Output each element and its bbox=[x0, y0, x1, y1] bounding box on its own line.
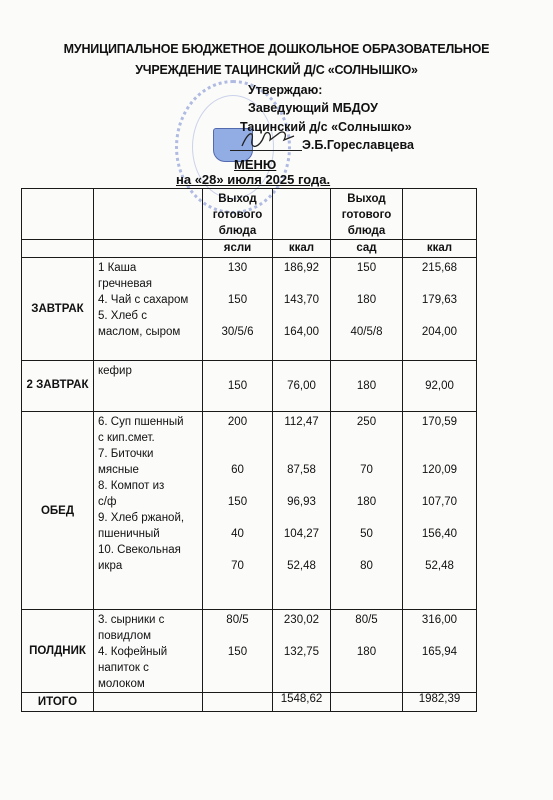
dish-value: 200 bbox=[203, 414, 272, 430]
org-name-line1: МУНИЦИПАЛЬНОЕ БЮДЖЕТНОЕ ДОШКОЛЬНОЕ ОБРАЗ… bbox=[0, 42, 553, 56]
empty-cell bbox=[94, 693, 203, 712]
dish-value: 180 bbox=[331, 292, 402, 308]
dish-name-line: 4. Кофейный bbox=[98, 644, 202, 660]
dish-list: кефир bbox=[94, 361, 203, 412]
header-row: Выход готового блюда Выход готового блюд… bbox=[22, 189, 477, 240]
meal-row: ПОЛДНИК3. сырники сповидлом4. Кофейныйна… bbox=[22, 610, 477, 693]
garden-values: 80/5180 bbox=[331, 610, 403, 693]
dish-value: 50 bbox=[331, 526, 402, 542]
org-name-line2: УЧРЕЖДЕНИЕ ТАЦИНСКИЙ Д/С «СОЛНЫШКО» bbox=[0, 63, 553, 77]
dish-value: 215,68 bbox=[403, 260, 476, 276]
empty-subheader-cell bbox=[94, 240, 203, 258]
empty-header-cell bbox=[273, 189, 331, 240]
dish-value: 60 bbox=[203, 462, 272, 478]
dish-name-line: 1 Каша bbox=[98, 260, 202, 276]
dish-value: 165,94 bbox=[403, 644, 476, 660]
menu-table: Выход готового блюда Выход готового блюд… bbox=[21, 188, 477, 712]
dish-name-line: 8. Компот из bbox=[98, 478, 202, 494]
meal-row: ЗАВТРАК1 Кашагречневая4. Чай с сахаром5.… bbox=[22, 258, 477, 361]
meal-name: ОБЕД bbox=[22, 412, 94, 610]
nursery-values: 80/5150 bbox=[203, 610, 273, 693]
nursery-values: 13015030/5/6 bbox=[203, 258, 273, 361]
kcal-garden-values: 170,59120,09107,70156,4052,48 bbox=[403, 412, 477, 610]
dish-value: 150 bbox=[203, 292, 272, 308]
total-kcal-garden: 1982,39 bbox=[403, 693, 477, 712]
total-row: ИТОГО 1548,62 1982,39 bbox=[22, 693, 477, 712]
empty-subheader-cell bbox=[22, 240, 94, 258]
dish-name-line: 6. Суп пшенный bbox=[98, 414, 202, 430]
garden-values: 250701805080 bbox=[331, 412, 403, 610]
dish-value: 70 bbox=[331, 462, 402, 478]
meal-row: 2 ЗАВТРАКкефир15076,0018092,00 bbox=[22, 361, 477, 412]
signature-line bbox=[230, 150, 302, 151]
dish-name-line: пшеничный bbox=[98, 526, 202, 542]
dish-value: 40/5/8 bbox=[331, 324, 402, 340]
empty-header-cell bbox=[403, 189, 477, 240]
dish-name-line: гречневая bbox=[98, 276, 202, 292]
total-label: ИТОГО bbox=[22, 693, 94, 712]
dish-value: 179,63 bbox=[403, 292, 476, 308]
kcal-nursery-values: 112,4787,5896,93104,2752,48 bbox=[273, 412, 331, 610]
dish-value: 156,40 bbox=[403, 526, 476, 542]
dish-name-line: 4. Чай с сахаром bbox=[98, 292, 202, 308]
menu-date: на «28» июля 2025 года. bbox=[176, 172, 330, 187]
dish-name-line: маслом, сыром bbox=[98, 324, 202, 340]
nursery-values: 200601504070 bbox=[203, 412, 273, 610]
dish-value: 230,02 bbox=[273, 612, 330, 628]
dish-name-line: повидлом bbox=[98, 628, 202, 644]
garden-values: 180 bbox=[331, 361, 403, 412]
empty-cell bbox=[203, 693, 273, 712]
dish-value: 204,00 bbox=[403, 324, 476, 340]
dish-value: 112,47 bbox=[273, 414, 330, 430]
dish-value: 150 bbox=[203, 644, 272, 660]
dish-value: 180 bbox=[331, 644, 402, 660]
kcal-garden-header: ккал bbox=[403, 240, 477, 258]
dish-name-line: кефир bbox=[98, 363, 202, 379]
dish-name-line: 9. Хлеб ржаной, bbox=[98, 510, 202, 526]
output-nursery-header: Выход готового блюда bbox=[203, 189, 273, 240]
signature-icon bbox=[238, 128, 298, 150]
dish-value: 52,48 bbox=[403, 558, 476, 574]
subheader-row: ясли ккал сад ккал bbox=[22, 240, 477, 258]
dish-value: 150 bbox=[203, 494, 272, 510]
dish-value: 150 bbox=[203, 378, 272, 394]
meal-name: 2 ЗАВТРАК bbox=[22, 361, 94, 412]
meal-name: ЗАВТРАК bbox=[22, 258, 94, 361]
meal-row: ОБЕД6. Суп пшенныйс кип.смет.7. Биточким… bbox=[22, 412, 477, 610]
dish-value: 180 bbox=[331, 494, 402, 510]
dish-value: 40 bbox=[203, 526, 272, 542]
meal-name: ПОЛДНИК bbox=[22, 610, 94, 693]
kcal-garden-values: 215,68179,63204,00 bbox=[403, 258, 477, 361]
dish-value: 143,70 bbox=[273, 292, 330, 308]
nursery-header: ясли bbox=[203, 240, 273, 258]
dish-list: 1 Кашагречневая4. Чай с сахаром5. Хлеб с… bbox=[94, 258, 203, 361]
garden-values: 15018040/5/8 bbox=[331, 258, 403, 361]
dish-name-line: 10. Свекольная bbox=[98, 542, 202, 558]
dish-value: 150 bbox=[331, 260, 402, 276]
dish-value: 250 bbox=[331, 414, 402, 430]
dish-value: 164,00 bbox=[273, 324, 330, 340]
kcal-garden-values: 316,00165,94 bbox=[403, 610, 477, 693]
dish-value: 170,59 bbox=[403, 414, 476, 430]
total-kcal-nursery: 1548,62 bbox=[273, 693, 331, 712]
dish-name-line: молоком bbox=[98, 676, 202, 692]
dish-value: 87,58 bbox=[273, 462, 330, 478]
dish-value: 92,00 bbox=[403, 378, 476, 394]
dish-value: 180 bbox=[331, 378, 402, 394]
dish-name-line: напиток с bbox=[98, 660, 202, 676]
dish-value: 30/5/6 bbox=[203, 324, 272, 340]
kcal-nursery-values: 76,00 bbox=[273, 361, 331, 412]
dish-value: 130 bbox=[203, 260, 272, 276]
dish-value: 52,48 bbox=[273, 558, 330, 574]
dish-value: 80/5 bbox=[203, 612, 272, 628]
output-garden-header: Выход готового блюда bbox=[331, 189, 403, 240]
dish-value: 76,00 bbox=[273, 378, 330, 394]
empty-header-cell bbox=[22, 189, 94, 240]
approval-label: Утверждаю: bbox=[248, 83, 322, 97]
dish-name-line: с кип.смет. bbox=[98, 430, 202, 446]
dish-name-line: икра bbox=[98, 558, 202, 574]
garden-header: сад bbox=[331, 240, 403, 258]
dish-value: 96,93 bbox=[273, 494, 330, 510]
dish-value: 107,70 bbox=[403, 494, 476, 510]
dish-name-line: мясные bbox=[98, 462, 202, 478]
empty-header-cell bbox=[94, 189, 203, 240]
dish-value: 80/5 bbox=[331, 612, 402, 628]
dish-value: 80 bbox=[331, 558, 402, 574]
nursery-values: 150 bbox=[203, 361, 273, 412]
dish-value: 120,09 bbox=[403, 462, 476, 478]
kcal-nursery-header: ккал bbox=[273, 240, 331, 258]
dish-list: 6. Суп пшенныйс кип.смет.7. Биточкимясны… bbox=[94, 412, 203, 610]
dish-name-line: с/ф bbox=[98, 494, 202, 510]
page-title: МЕНЮ bbox=[234, 157, 276, 172]
approver-name: Э.Б.Гореславцева bbox=[302, 138, 414, 152]
dish-value: 70 bbox=[203, 558, 272, 574]
approver-position: Заведующий МБДОУ bbox=[248, 101, 378, 115]
dish-list: 3. сырники сповидлом4. Кофейныйнапиток с… bbox=[94, 610, 203, 693]
dish-value: 104,27 bbox=[273, 526, 330, 542]
kcal-nursery-values: 186,92143,70164,00 bbox=[273, 258, 331, 361]
dish-value: 186,92 bbox=[273, 260, 330, 276]
dish-name-line: 3. сырники с bbox=[98, 612, 202, 628]
empty-cell bbox=[331, 693, 403, 712]
kcal-nursery-values: 230,02132,75 bbox=[273, 610, 331, 693]
dish-value: 316,00 bbox=[403, 612, 476, 628]
kcal-garden-values: 92,00 bbox=[403, 361, 477, 412]
dish-name-line: 7. Биточки bbox=[98, 446, 202, 462]
dish-value: 132,75 bbox=[273, 644, 330, 660]
dish-name-line: 5. Хлеб с bbox=[98, 308, 202, 324]
